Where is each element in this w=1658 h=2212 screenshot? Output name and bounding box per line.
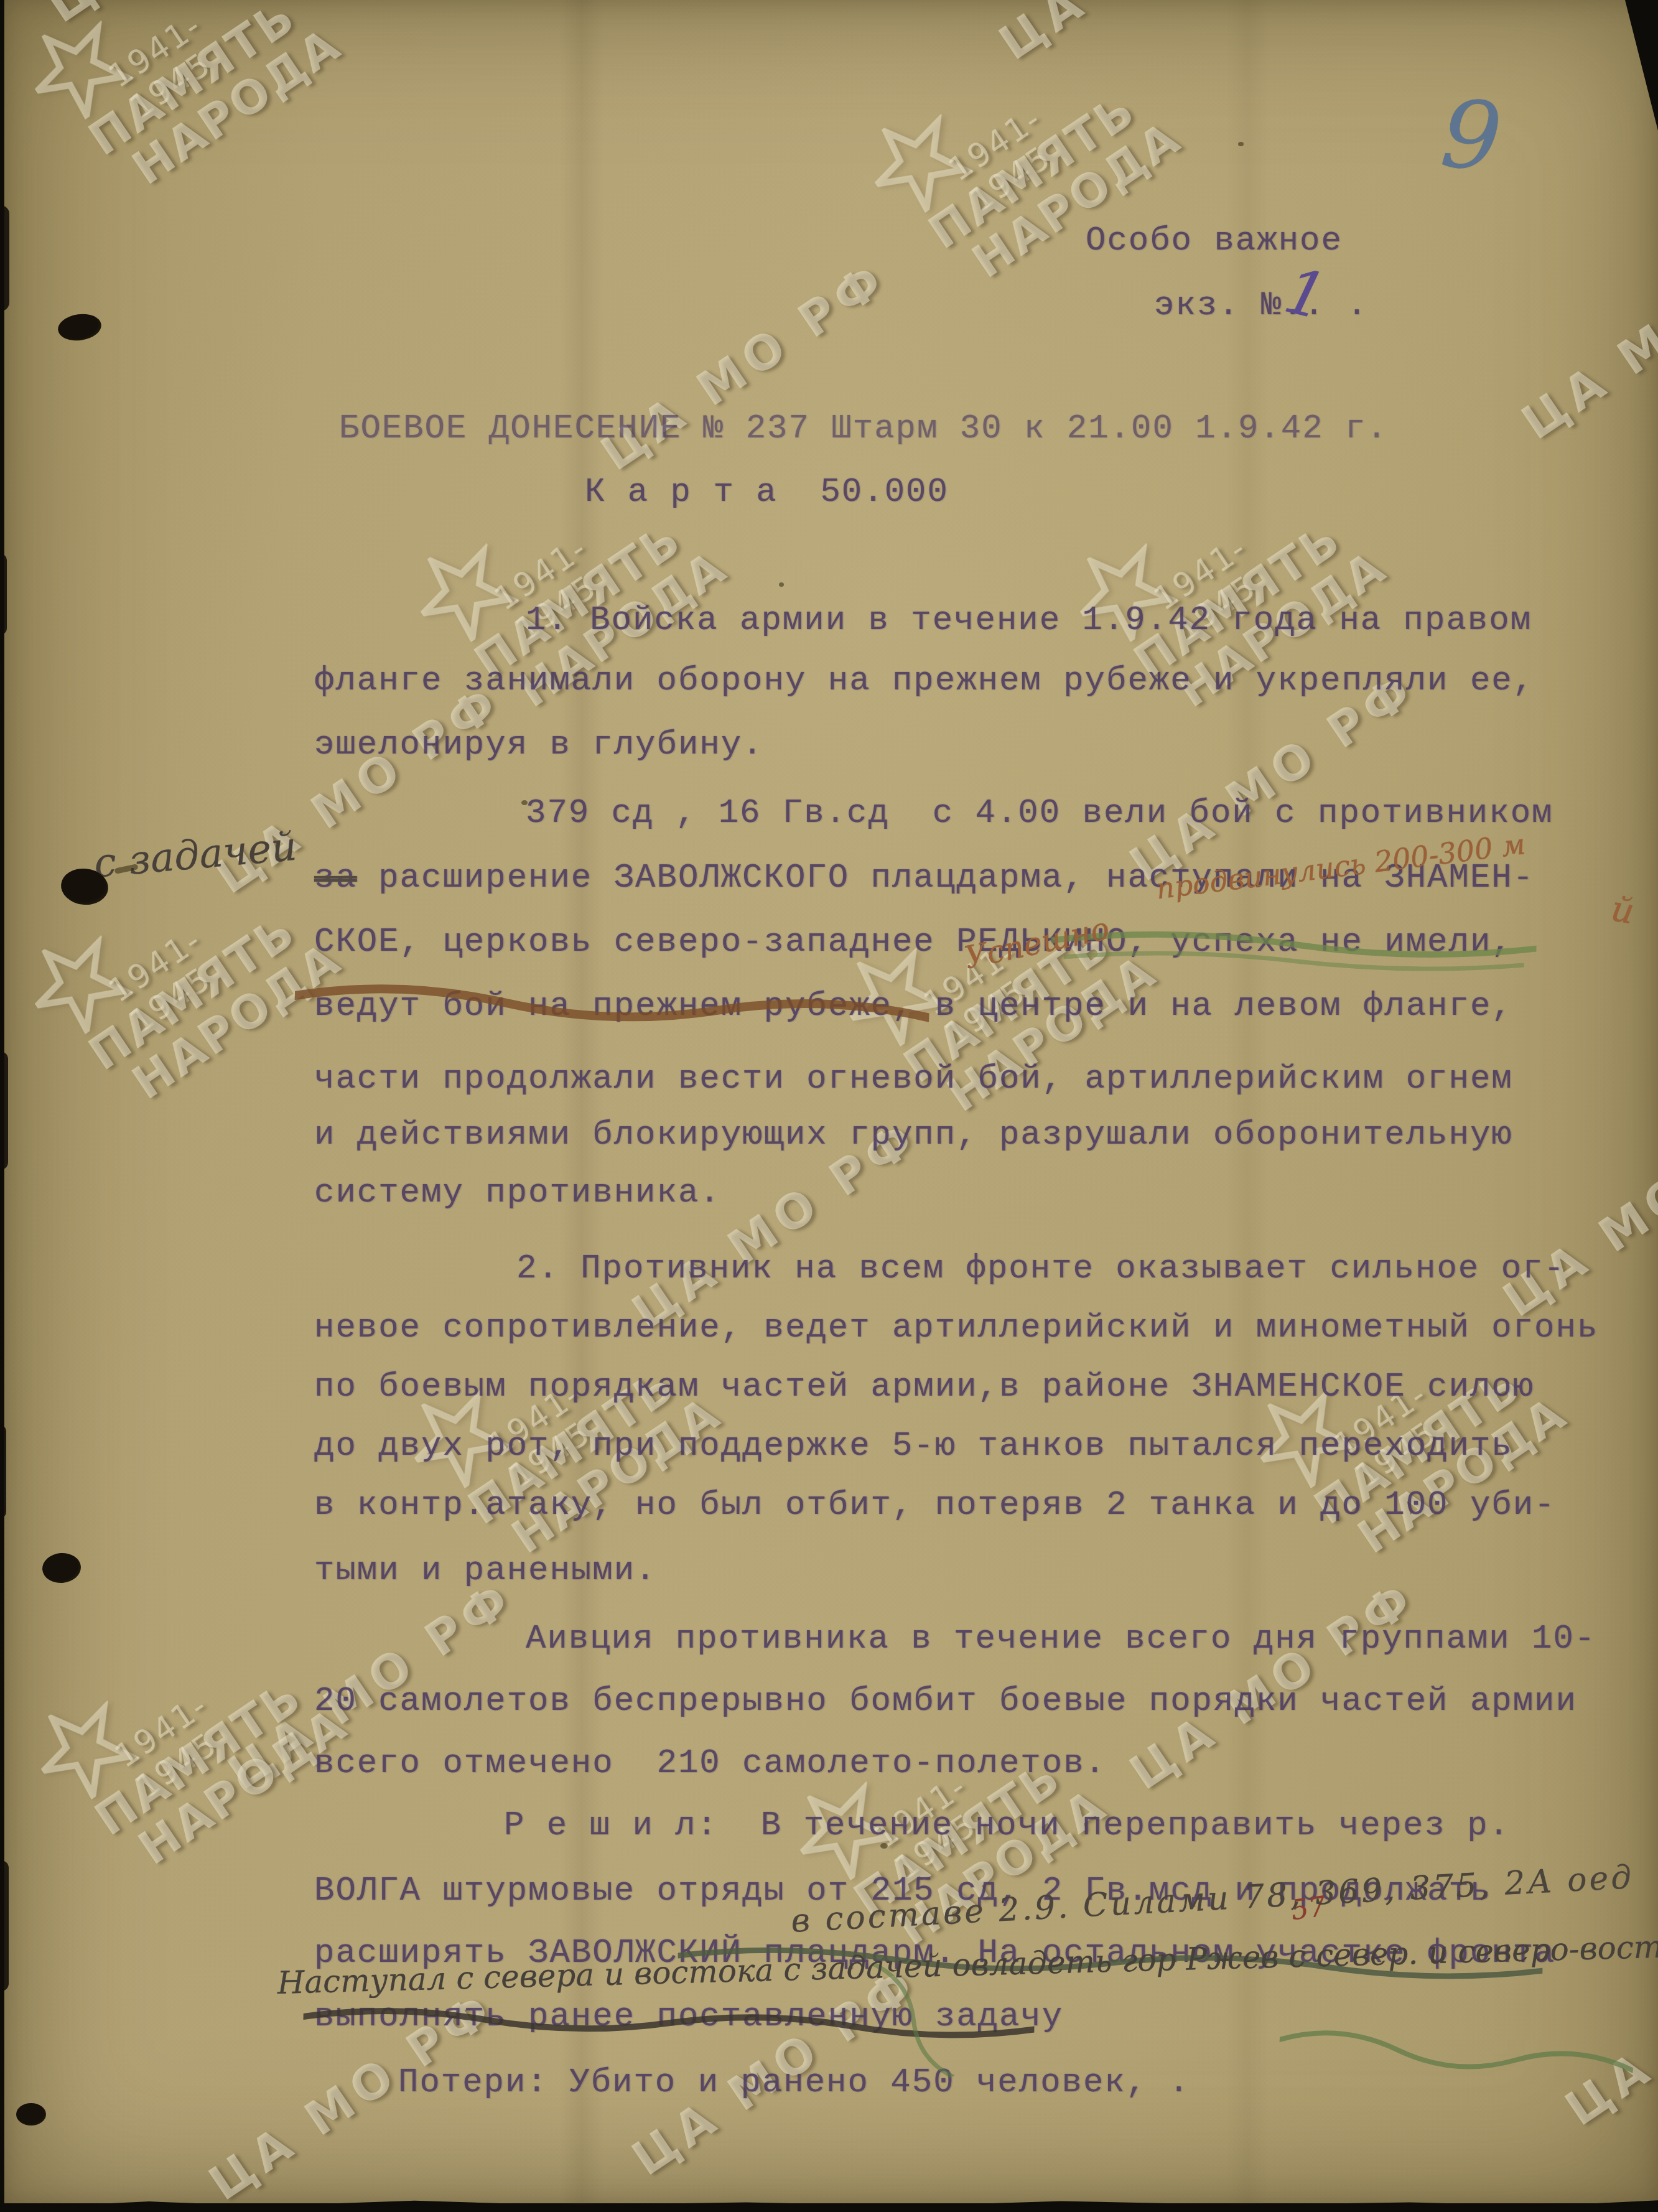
- typed-line-13: и действиями блокирующих групп, разрушал…: [314, 1117, 1513, 1154]
- typed-line-4: К а р т а 50.000: [585, 474, 949, 511]
- ink-spot: [1238, 142, 1244, 146]
- typed-line-15: 2. Противник на всем фронте оказывает си…: [516, 1251, 1565, 1288]
- typed-line-20: тыми и ранеными.: [314, 1552, 656, 1590]
- typed-line-18: до двух рот, при поддержке 5-ю танков пы…: [314, 1428, 1513, 1465]
- handwritten-page-number: 9: [1437, 80, 1506, 193]
- typed-line-24: Р е ш и л: В течение ночи переправить че…: [504, 1808, 1510, 1845]
- typed-line-2: экз. №.. .: [1154, 287, 1368, 325]
- typed-line-7: эшелонируя в глубину.: [314, 727, 764, 764]
- typed-line-22: 20 самолетов беспрерывно бомбит боевые п…: [314, 1683, 1577, 1720]
- torn-left-edge: [0, 1425, 6, 1518]
- punch-hole: [16, 2103, 46, 2126]
- typed-line-6: фланге занимали оборону на прежнем рубеж…: [314, 663, 1534, 700]
- typed-line-1: Особо важное: [1086, 223, 1343, 260]
- torn-left-edge: [0, 1052, 8, 1170]
- typed-line-21: Аивция противника в течение всего дня гр…: [526, 1621, 1596, 1658]
- typed-line-5: 1. Войска армии в течение 1.9.42 года на…: [526, 602, 1532, 640]
- ink-spot: [880, 1843, 888, 1849]
- typed-line-16: невое сопротивление, ведет артиллерийски…: [314, 1310, 1598, 1347]
- typed-line-8: 379 сд , 16 Гв.сд с 4.00 вели бой с прот…: [526, 795, 1553, 833]
- typed-line-28: Потери: Убито и ранено 450 человек, .: [398, 2065, 1190, 2102]
- typed-line-23: всего отмечено 210 самолето-полетов.: [314, 1745, 1106, 1783]
- typed-line-17: по боевым порядкам частей армии,в районе…: [314, 1369, 1534, 1406]
- typed-line-12: части продолжали вести огневой бой, арти…: [314, 1061, 1513, 1098]
- torn-left-edge: [0, 554, 7, 635]
- typed-line-14: систему противника.: [314, 1175, 721, 1212]
- ink-spot: [779, 582, 784, 587]
- typed-line-3: БОЕВОЕ ДОНЕСЕНИЕ № 237 Штарм 30 к 21.00 …: [339, 411, 1388, 448]
- ink-spot: [521, 800, 528, 805]
- typed-line-19: в контр.атаку, но был отбит, потеряв 2 т…: [314, 1487, 1556, 1524]
- torn-left-edge: [0, 1860, 9, 1991]
- struck-word: за: [314, 859, 357, 897]
- torn-left-edge: [0, 205, 9, 311]
- document-scan: ЦА МО РФЦА МО РФЦА МО РФЦА МО РФЦА МО РФ…: [0, 0, 1658, 2212]
